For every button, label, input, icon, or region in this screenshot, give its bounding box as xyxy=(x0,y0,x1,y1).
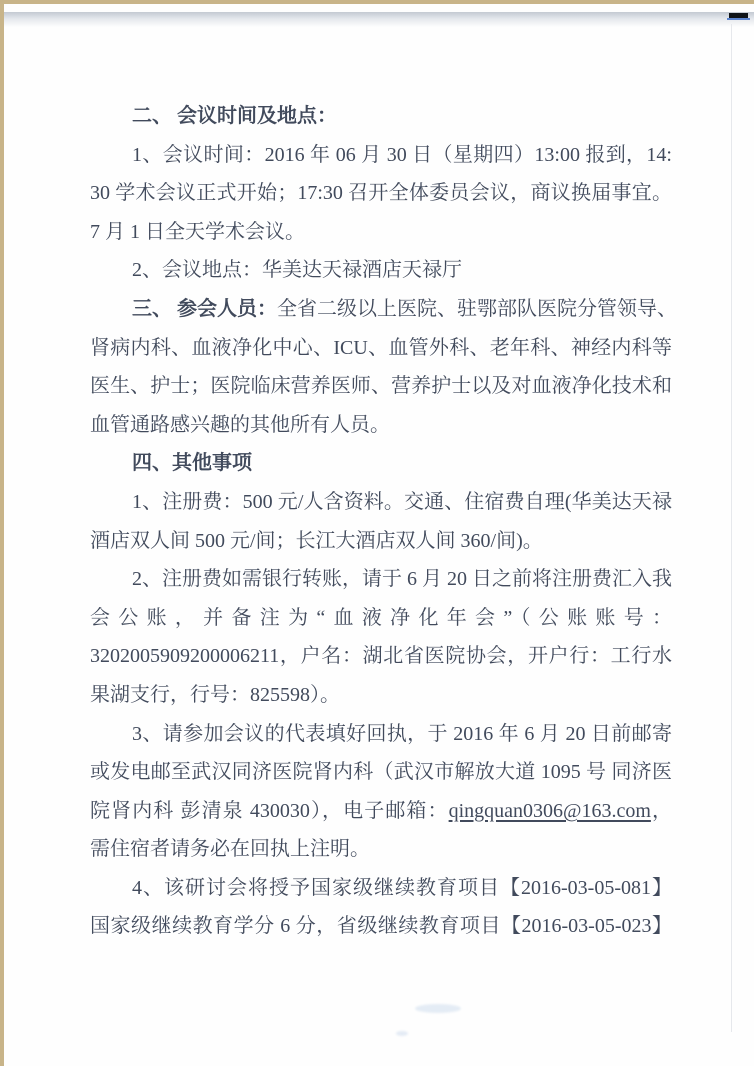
text-run: 会公账，并备注为“血液净化年会”（公账账号： xyxy=(90,607,672,629)
doc-line: 国家级继续教育学分 6 分，省级继续教育项目【2016-03-05-023】 xyxy=(90,907,672,946)
scan-smudge xyxy=(415,1004,461,1013)
document-lines: 二、 会议时间及地点：1、会议时间：2016 年 06 月 30 日（星期四）1… xyxy=(90,97,672,946)
text-run: 7 月 1 日全天学术会议。 xyxy=(90,221,305,243)
doc-line: 医生、护士；医院临床营养医师、营养护士以及对血液净化技术和 xyxy=(90,367,672,406)
doc-line: 二、 会议时间及地点： xyxy=(90,97,672,136)
text-run: 需住宿者请务必在回执上注明。 xyxy=(90,838,370,860)
doc-line: 1、注册费：500 元/人含资料。交通、住宿费自理(华美达天禄 xyxy=(90,483,672,522)
text-run: 4、该研讨会将授予国家级继续教育项目【2016-03-05-081】 xyxy=(132,877,672,899)
doc-line: 30 学术会议正式开始；17:30 召开全体委员会议，商议换届事宜。 xyxy=(90,174,672,213)
scanned-page: 二、 会议时间及地点：1、会议时间：2016 年 06 月 30 日（星期四）1… xyxy=(0,0,754,1066)
doc-line: 或发电邮至武汉同济医院肾内科（武汉市解放大道 1095 号 同济医 xyxy=(90,753,672,792)
text-run: 1、会议时间：2016 年 06 月 30 日（星期四）13:00 报到，14: xyxy=(132,144,672,166)
text-run: 或发电邮至武汉同济医院肾内科（武汉市解放大道 1095 号 同济医 xyxy=(90,761,672,783)
doc-line: 需住宿者请务必在回执上注明。 xyxy=(90,830,672,869)
doc-line: 2、会议地点：华美达天禄酒店天禄厅 xyxy=(90,251,672,290)
doc-line: 1、会议时间：2016 年 06 月 30 日（星期四）13:00 报到，14: xyxy=(90,136,672,175)
email-text: qingquan0306@163.com xyxy=(449,800,651,822)
text-run: 果湖支行，行号：825598）。 xyxy=(90,684,340,706)
doc-line: 血管通路感兴趣的其他所有人员。 xyxy=(90,406,672,445)
doc-line: 4、该研讨会将授予国家级继续教育项目【2016-03-05-081】 xyxy=(90,869,672,908)
section-heading-text: 二、 会议时间及地点： xyxy=(132,105,337,127)
doc-line: 2、注册费如需银行转账，请于 6 月 20 日之前将注册费汇入我 xyxy=(90,560,672,599)
text-run: 1、注册费：500 元/人含资料。交通、住宿费自理(华美达天禄 xyxy=(132,491,672,513)
scanner-shadow-band xyxy=(4,12,754,27)
doc-line: 三、 参会人员：全省二级以上医院、驻鄂部队医院分管领导、 xyxy=(90,290,672,329)
text-run: 国家级继续教育学分 6 分，省级继续教育项目【2016-03-05-023】 xyxy=(90,915,672,937)
text-run: 2、会议地点：华美达天禄酒店天禄厅 xyxy=(132,259,462,281)
doc-line: 会公账，并备注为“血液净化年会”（公账账号： xyxy=(90,599,672,638)
text-run: 医生、护士；医院临床营养医师、营养护士以及对血液净化技术和 xyxy=(90,375,672,397)
section-heading-text: 四、其他事项 xyxy=(132,452,252,474)
text-run: 院肾内科 彭清泉 430030），电子邮箱： xyxy=(90,800,449,822)
text-run: 3、请参加会议的代表填好回执，于 2016 年 6 月 20 日前邮寄 xyxy=(132,723,672,745)
scan-smudge-small xyxy=(396,1031,408,1036)
doc-line: 院肾内科 彭清泉 430030），电子邮箱：qingquan0306@163.c… xyxy=(90,792,672,831)
text-run: 肾病内科、血液净化中心、ICU、血管外科、老年科、神经内科等 xyxy=(90,337,672,359)
text-run: 酒店双人间 500 元/间；长江大酒店双人间 360/间)。 xyxy=(90,530,543,552)
section-heading-text: 三、 参会人员： xyxy=(132,298,277,320)
doc-line: 7 月 1 日全天学术会议。 xyxy=(90,213,672,252)
text-run: 全省二级以上医院、驻鄂部队医院分管领导、 xyxy=(277,298,677,320)
doc-line: 酒店双人间 500 元/间；长江大酒店双人间 360/间)。 xyxy=(90,522,672,561)
doc-line: 3、请参加会议的代表填好回执，于 2016 年 6 月 20 日前邮寄 xyxy=(90,715,672,754)
text-run: 血管通路感兴趣的其他所有人员。 xyxy=(90,414,390,436)
doc-line: 肾病内科、血液净化中心、ICU、血管外科、老年科、神经内科等 xyxy=(90,329,672,368)
corner-mark-underline xyxy=(727,18,750,20)
doc-line: 果湖支行，行号：825598）。 xyxy=(90,676,672,715)
text-run: 30 学术会议正式开始；17:30 召开全体委员会议，商议换届事宜。 xyxy=(90,182,672,204)
doc-line: 四、其他事项 xyxy=(90,444,672,483)
page-edge-shadow xyxy=(731,24,732,1032)
text-run: ， xyxy=(651,800,672,822)
text-run: 3202005909200006211，户名：湖北省医院协会，开户行：工行水 xyxy=(90,645,672,667)
scan-edge-top xyxy=(0,0,754,4)
scan-edge-left xyxy=(0,0,4,1066)
doc-line: 3202005909200006211，户名：湖北省医院协会，开户行：工行水 xyxy=(90,637,672,676)
text-run: 2、注册费如需银行转账，请于 6 月 20 日之前将注册费汇入我 xyxy=(132,568,672,590)
